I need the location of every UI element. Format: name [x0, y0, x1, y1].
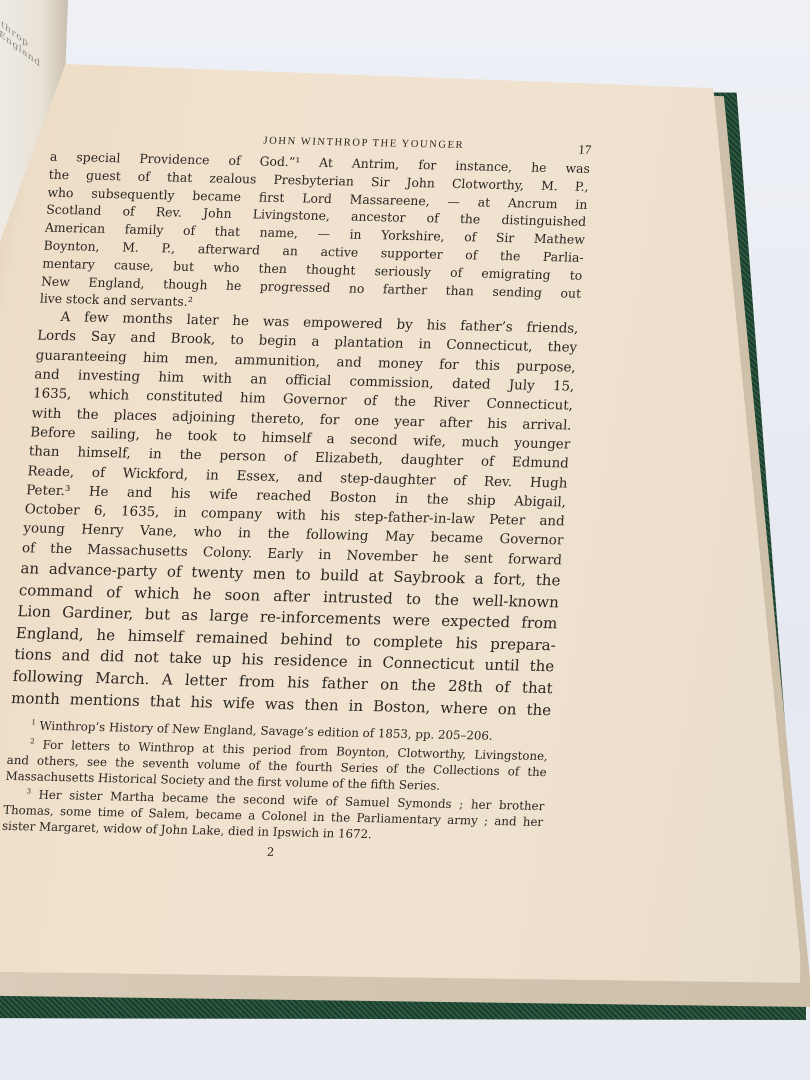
running-head-title: JOHN WINTHROP THE YOUNGER [263, 136, 464, 152]
body-text: a special Providence of God.”¹ At Antrim… [10, 148, 590, 722]
paragraph-2: A few months later he was empowered by h… [10, 308, 579, 722]
page-text-block: JOHN WINTHROP THE YOUNGER 17 a special P… [0, 128, 592, 865]
footnotes: 1 Winthrop’s History of New England, Sav… [1, 715, 549, 847]
page-number: 17 [578, 142, 592, 158]
paragraph-1: a special Providence of God.”¹ At Antrim… [39, 148, 590, 320]
